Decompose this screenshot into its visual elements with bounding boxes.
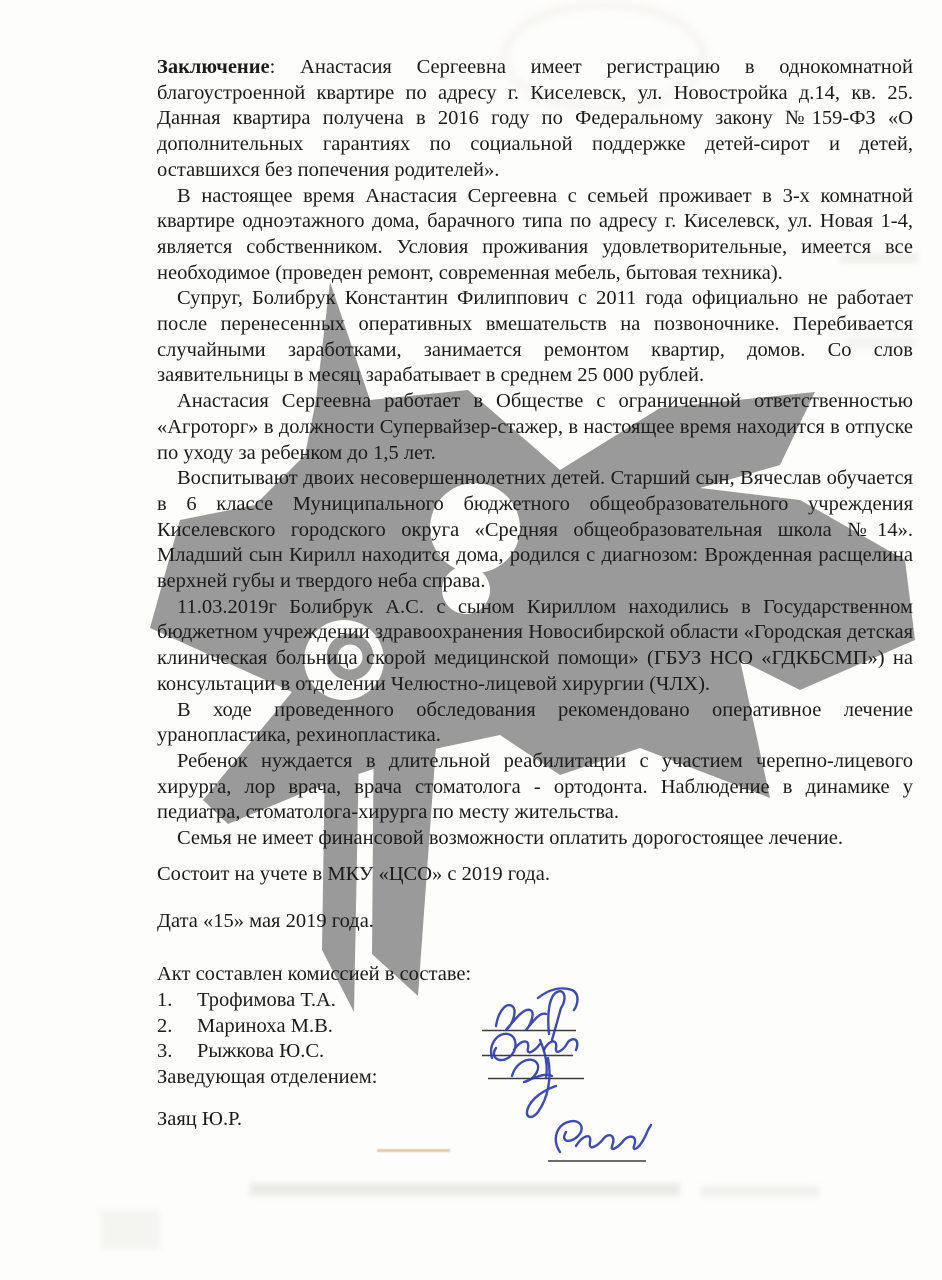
signatures-layer	[0, 0, 942, 1280]
scanned-document-page: Заключение: Анастасия Сергеевна имеет ре…	[0, 0, 942, 1280]
signature-ink-trofimova	[496, 988, 578, 1040]
signature-ink-zayats	[556, 1121, 651, 1152]
